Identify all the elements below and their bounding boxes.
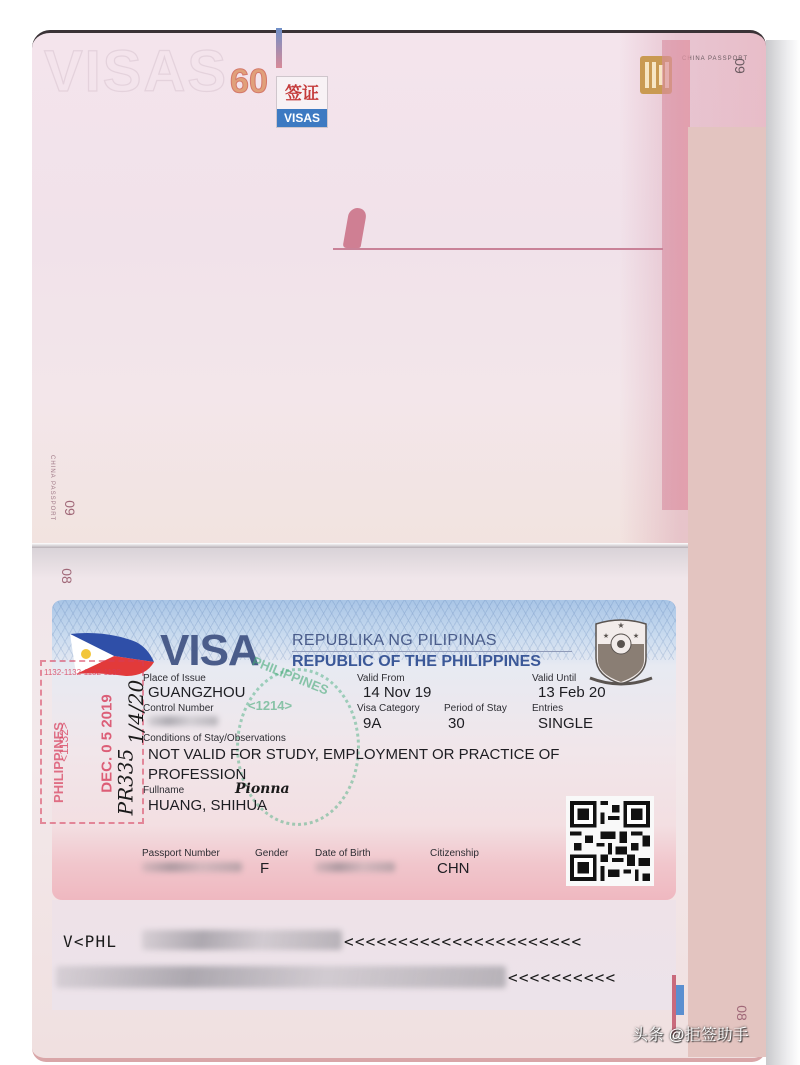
conditions-line-1: NOT VALID FOR STUDY, EMPLOYMENT OR PRACT… [148, 746, 559, 763]
page-edge-blue-tab [676, 985, 684, 1015]
wire-line-art [333, 248, 663, 250]
visa-mrz-zone [52, 900, 676, 1010]
stamp-code: <1132> [57, 722, 71, 762]
svg-text:★: ★ [617, 621, 624, 630]
mrz-line-1-prefix: V<PHL [63, 932, 117, 951]
visas-badge: 签证 VISAS [276, 76, 328, 128]
period-of-stay-label: Period of Stay [444, 703, 507, 714]
green-stamp-code: <1214> [248, 698, 292, 713]
country-name-tagalog: REPUBLIKA NG PILIPINAS [292, 632, 497, 650]
control-number-redacted [148, 716, 218, 726]
upper-passport-page [32, 30, 766, 551]
country-name-english: REPUBLIC OF THE PHILIPPINES [292, 653, 541, 671]
gender-label: Gender [255, 848, 288, 859]
svg-text:★: ★ [633, 632, 639, 640]
mrz-line-1-redacted [142, 930, 342, 950]
citizenship-value: CHN [437, 860, 470, 877]
lower-page-number: 08 [59, 568, 75, 584]
passport-number-label: Passport Number [142, 848, 220, 859]
valid-from-label: Valid From [357, 673, 405, 684]
upper-side-page-number: 09 [732, 58, 748, 74]
visas-badge-chinese: 签证 [277, 79, 327, 104]
platform-watermark: 头条 @拒签助手 [632, 1022, 749, 1045]
mrz-line-2-filler: <<<<<<<<<< [508, 968, 616, 987]
date-of-birth-redacted [315, 862, 395, 872]
upper-page-number: 09 [230, 60, 268, 99]
officer-signature: Pionna [235, 781, 290, 797]
period-of-stay-value: 30 [448, 715, 465, 732]
entries-label: Entries [532, 703, 563, 714]
visa-title: VISA [160, 626, 259, 676]
fullname-value: HUANG, SHIHUA [148, 797, 267, 814]
valid-from-value: 14 Nov 19 [363, 684, 431, 701]
redacted-area [688, 127, 766, 1057]
valid-until-label: Valid Until [532, 673, 576, 684]
visas-watermark-title: VISAS [44, 38, 228, 105]
place-of-issue-label: Place of Issue [143, 673, 206, 684]
mrz-line-2-redacted [56, 966, 506, 988]
handwritten-flight: PR335 [113, 749, 137, 816]
badge-strip-decoration [276, 28, 282, 68]
upper-bottom-page-number: 09 [62, 500, 78, 516]
place-of-issue-value: GUANGZHOU [148, 684, 246, 701]
qr-code-icon [570, 800, 650, 882]
mrz-line-1-filler: <<<<<<<<<<<<<<<<<<<<<< [344, 932, 582, 951]
visa-category-value: 9A [363, 715, 381, 732]
passport-number-redacted [142, 862, 242, 872]
fullname-label: Fullname [143, 785, 184, 796]
visa-category-label: Visa Category [357, 703, 420, 714]
conditions-label: Conditions of Stay/Observations [143, 733, 286, 744]
valid-until-value: 13 Feb 20 [538, 684, 606, 701]
coat-of-arms-icon: ★ ★ ★ [586, 614, 656, 690]
citizenship-label: Citizenship [430, 848, 479, 859]
conditions-line-2: PROFESSION [148, 766, 246, 783]
page-shadow [766, 40, 800, 1065]
control-number-label: Control Number [143, 703, 214, 714]
background-pillar-art [662, 40, 690, 510]
lower-bottom-page-number: 08 [734, 1005, 750, 1021]
date-of-birth-label: Date of Birth [315, 848, 371, 859]
stamp-border-text: 1132-1132-1132-1132 [44, 668, 121, 677]
visas-badge-english: VISAS [277, 109, 327, 127]
gender-value: F [260, 860, 269, 877]
title-divider [292, 651, 572, 652]
bottom-china-passport-label: CHINA PASSPORT [49, 455, 55, 521]
entries-value: SINGLE [538, 715, 593, 732]
svg-text:★: ★ [603, 632, 609, 640]
qr-code [566, 796, 654, 886]
